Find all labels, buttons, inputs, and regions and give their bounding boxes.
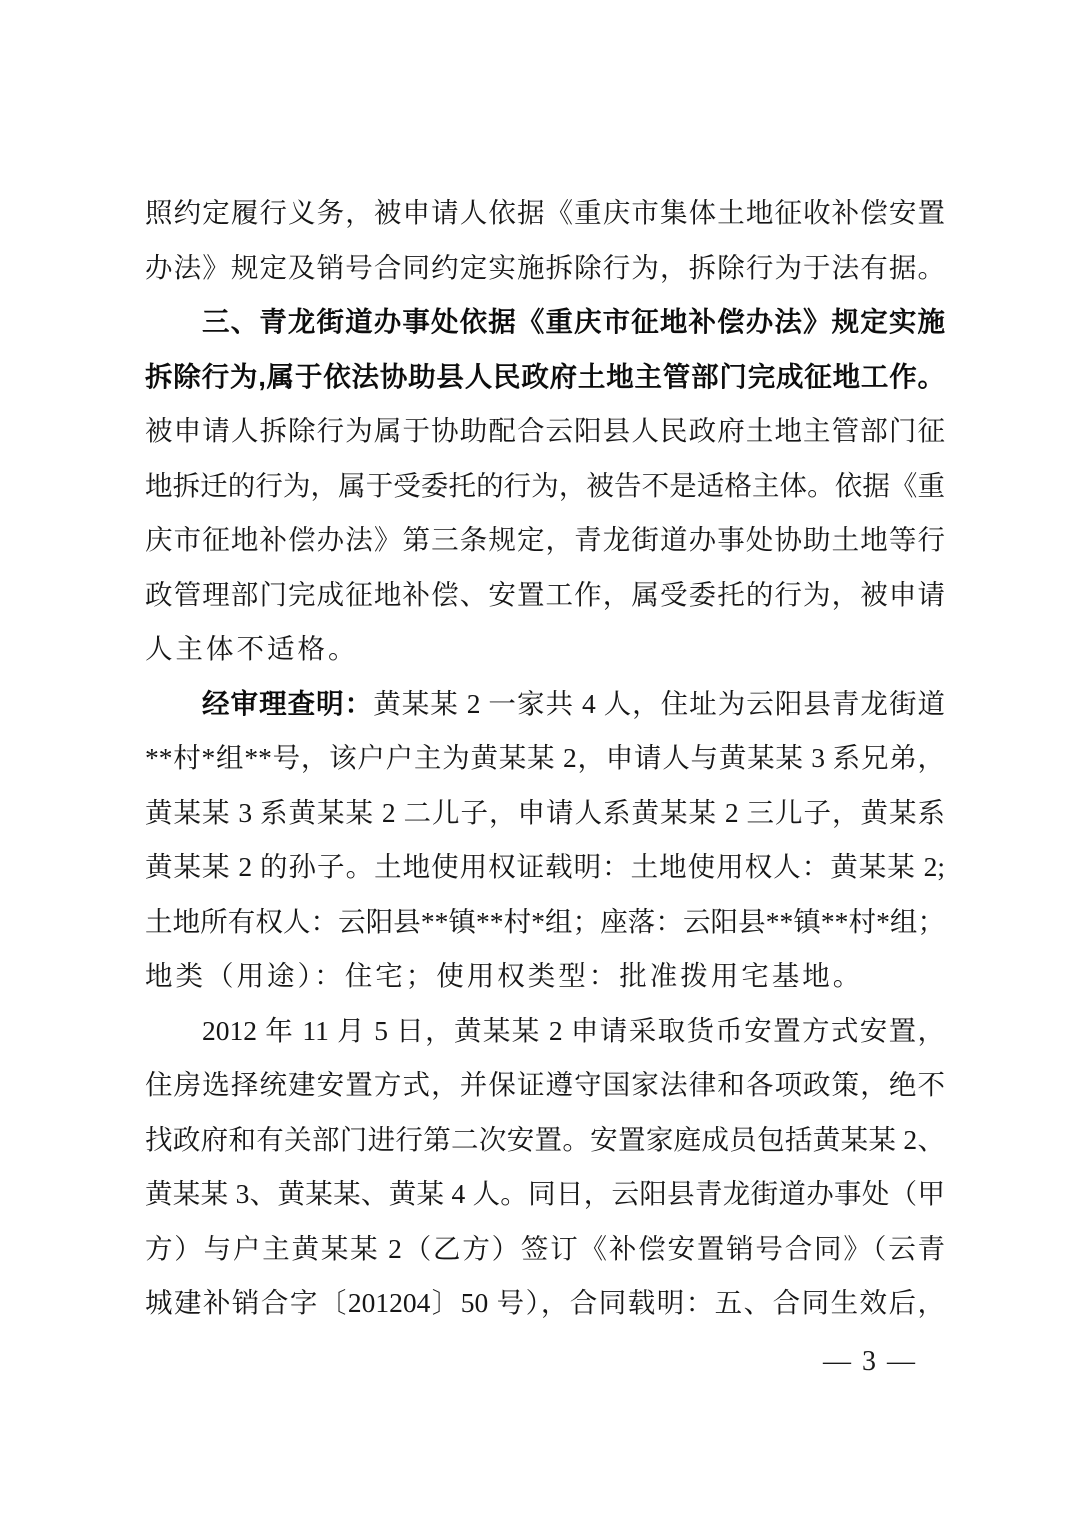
document-body: 照约定履行义务，被申请人依据《重庆市集体土地征收补偿安置办法》规定及销号合同约定… <box>145 186 945 1331</box>
document-line: 找政府和有关部门进行第二次安置。安置家庭成员包括黄某某 2、 <box>145 1113 945 1168</box>
paragraph-lead-bold: 经审理查明： <box>202 688 373 719</box>
document-line: 政管理部门完成征地补偿、安置工作，属受委托的行为，被申请 <box>145 568 945 623</box>
document-line: 黄某某 3、黄某某、黄某 4 人。同日，云阳县青龙街道办事处（甲 <box>145 1167 945 1222</box>
document-line: 城建补销合字〔201204〕50 号），合同载明：五、合同生效后， <box>145 1276 945 1331</box>
page-number: — 3 — <box>810 1341 930 1383</box>
document-line: 拆除行为,属于依法协助县人民政府土地主管部门完成征地工作。 <box>145 350 945 405</box>
document-line: 人主体不适格。 <box>145 622 945 677</box>
document-line: 经审理查明：黄某某 2 一家共 4 人，住址为云阳县青龙街道 <box>145 677 945 732</box>
document-line: 住房选择统建安置方式，并保证遵守国家法律和各项政策，绝不 <box>145 1058 945 1113</box>
document-line: 地类（用途）：住宅；使用权类型：批准拨用宅基地。 <box>145 949 945 1004</box>
document-line: 黄某某 3 系黄某某 2 二儿子，申请人系黄某某 2 三儿子，黄某系 <box>145 786 945 841</box>
document-line: 被申请人拆除行为属于协助配合云阳县人民政府土地主管部门征 <box>145 404 945 459</box>
document-line: 2012 年 11 月 5 日，黄某某 2 申请采取货币安置方式安置， <box>145 1004 945 1059</box>
document-line: 方）与户主黄某某 2（乙方）签订《补偿安置销号合同》（云青 <box>145 1222 945 1277</box>
document-line: **村*组**号，该户户主为黄某某 2，申请人与黄某某 3 系兄弟， <box>145 731 945 786</box>
document-page: 照约定履行义务，被申请人依据《重庆市集体土地征收补偿安置办法》规定及销号合同约定… <box>0 0 1074 1520</box>
document-line: 黄某某 2 的孙子。土地使用权证载明：土地使用权人：黄某某 2; <box>145 840 945 895</box>
document-line: 三、青龙街道办事处依据《重庆市征地补偿办法》规定实施 <box>145 295 945 350</box>
document-line: 地拆迁的行为，属于受委托的行为，被告不是适格主体。依据《重 <box>145 459 945 514</box>
document-line: 办法》规定及销号合同约定实施拆除行为，拆除行为于法有据。 <box>145 241 945 296</box>
document-line: 庆市征地补偿办法》第三条规定，青龙街道办事处协助土地等行 <box>145 513 945 568</box>
document-line: 照约定履行义务，被申请人依据《重庆市集体土地征收补偿安置 <box>145 186 945 241</box>
document-line: 土地所有权人：云阳县**镇**村*组；座落：云阳县**镇**村*组； <box>145 895 945 950</box>
